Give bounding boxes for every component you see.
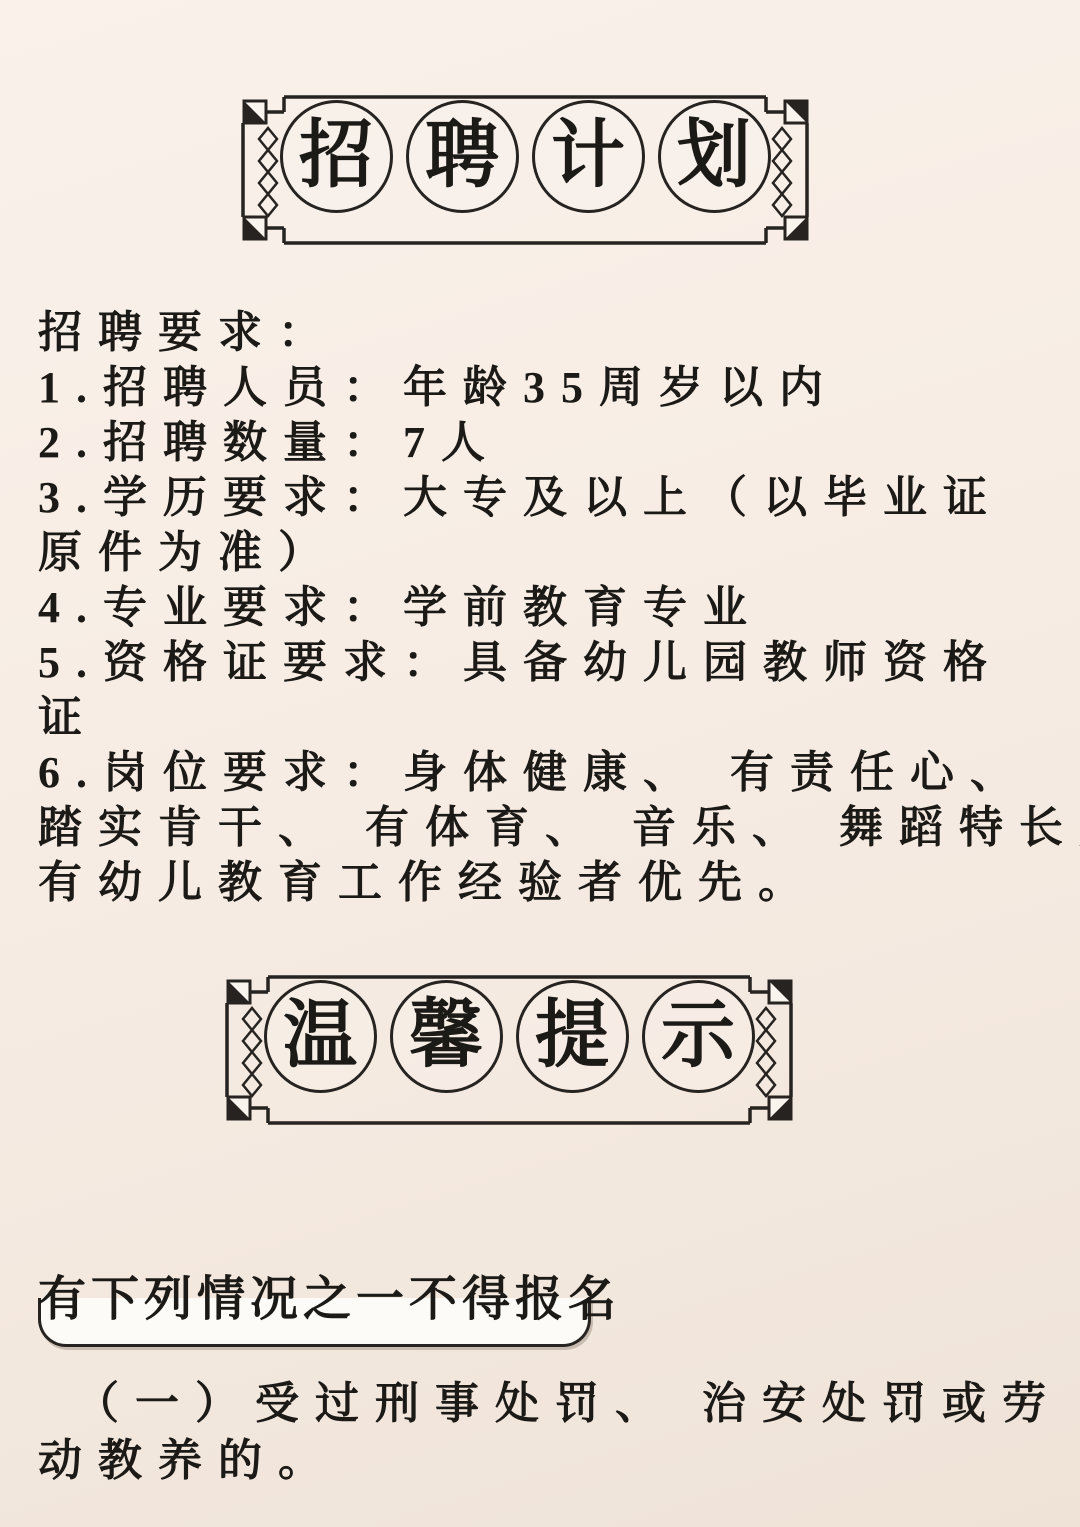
requirement-item: 原件为准） <box>38 525 1070 580</box>
title-char-circle: 馨 <box>390 980 503 1093</box>
title-char: 示 <box>661 999 735 1073</box>
title-char-circle: 计 <box>532 100 645 213</box>
requirement-item: 6.岗位要求：身体健康、 有责任心、 <box>38 745 1070 800</box>
notice-line: （一）受过刑事处罚、 治安处罚或劳 <box>38 1375 1070 1432</box>
recruitment-poster: 招 聘 计 划 招聘要求： 1.招聘人员：年龄35周岁以内 2.招聘数量：7人 … <box>0 0 1080 1527</box>
title-char-circle: 招 <box>280 100 393 213</box>
requirement-item: 3.学历要求：大专及以上（以毕业证 <box>38 470 1070 525</box>
disqualification-heading: 有下列情况之一不得报名 <box>38 1272 621 1327</box>
requirement-item: 4.专业要求：学前教育专业 <box>38 580 1070 635</box>
requirement-item: 有幼儿教育工作经验者优先。 <box>38 855 1070 910</box>
requirement-item: 1.招聘人员：年龄35周岁以内 <box>38 360 1070 415</box>
requirement-item: 证 <box>38 690 1070 745</box>
title-char: 温 <box>283 999 357 1073</box>
title-char: 馨 <box>409 999 483 1073</box>
requirement-item: 踏实肯干、 有体育、 音乐、 舞蹈特长及 <box>38 800 1070 855</box>
title-char: 聘 <box>425 119 499 193</box>
banner-title: 温 馨 提 示 <box>268 958 750 1114</box>
requirements-header: 招聘要求： <box>38 305 1070 360</box>
title-char-circle: 温 <box>264 980 377 1093</box>
title-char: 划 <box>677 119 751 193</box>
title-char: 计 <box>551 119 625 193</box>
banner-title: 招 聘 计 划 <box>284 78 766 234</box>
title-char-circle: 聘 <box>406 100 519 213</box>
notice-line: 动教养的。 <box>38 1432 1070 1489</box>
banner-recruitment-plan: 招 聘 计 划 <box>238 92 812 248</box>
disqualification-item: （一）受过刑事处罚、 治安处罚或劳 动教养的。 <box>38 1375 1070 1489</box>
requirements-list: 招聘要求： 1.招聘人员：年龄35周岁以内 2.招聘数量：7人 3.学历要求：大… <box>38 305 1070 910</box>
title-char-circle: 提 <box>516 980 629 1093</box>
title-char-circle: 划 <box>658 100 771 213</box>
title-char-circle: 示 <box>642 980 755 1093</box>
requirement-item: 5.资格证要求：具备幼儿园教师资格 <box>38 635 1070 690</box>
title-char: 提 <box>535 999 609 1073</box>
requirement-item: 2.招聘数量：7人 <box>38 415 1070 470</box>
heading-text: 有下列情况之一不得报名 <box>38 1272 621 1327</box>
title-char: 招 <box>299 119 373 193</box>
banner-warm-tips: 温 馨 提 示 <box>222 972 796 1128</box>
